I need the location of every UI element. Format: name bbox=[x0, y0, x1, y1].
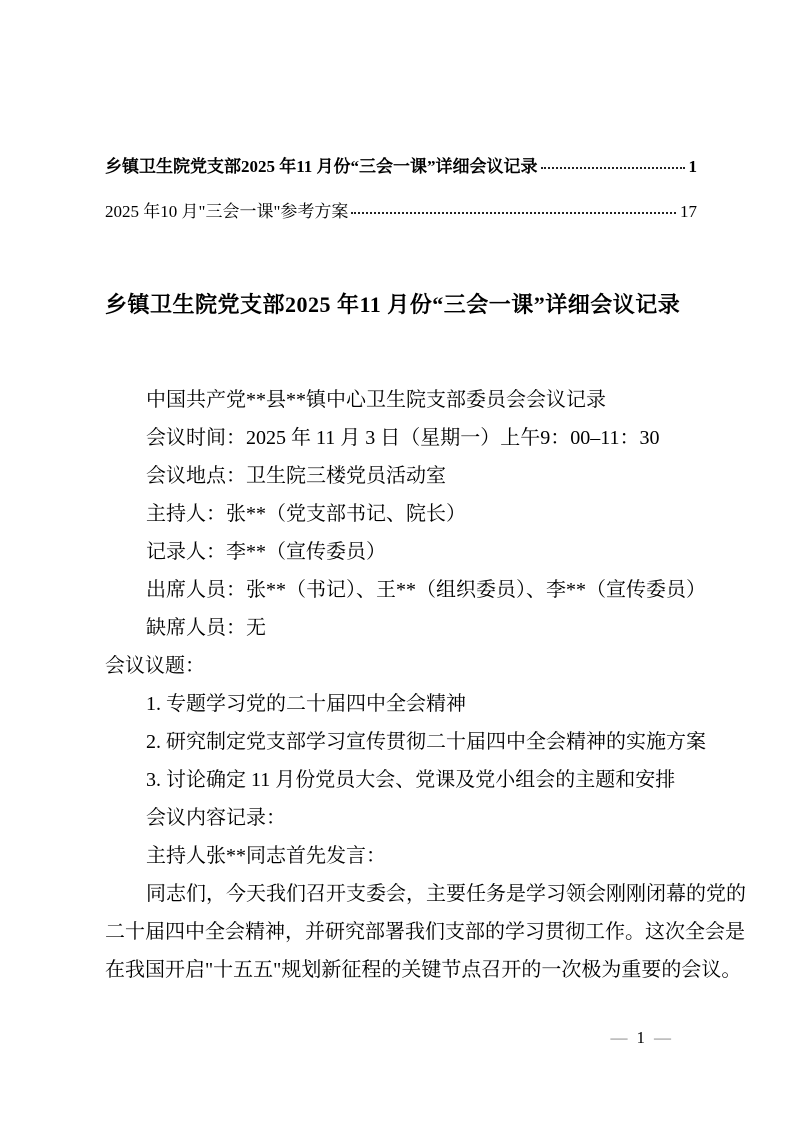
toc-dot-leader bbox=[351, 212, 676, 214]
agenda-item-1: 1. 专题学习党的二十届四中全会精神 bbox=[105, 685, 697, 723]
speaker-intro-line: 主持人张**同志首先发言： bbox=[105, 837, 697, 875]
footer-page-number: 1 bbox=[637, 1028, 646, 1048]
page-number-footer: — 1 — bbox=[611, 1028, 672, 1048]
document-title: 乡镇卫生院党支部2025 年11 月份“三会一课”详细会议记录 bbox=[105, 288, 695, 319]
agenda-label: 会议议题： bbox=[105, 647, 697, 685]
footer-right-dash: — bbox=[654, 1028, 671, 1048]
document-page: 乡镇卫生院党支部2025 年11 月份“三会一课”详细会议记录 1 2025 年… bbox=[0, 0, 793, 1122]
paragraph-line-2: 二十届四中全会精神，并研究部署我们支部的学习贯彻工作。这次全会是 bbox=[105, 913, 697, 951]
table-of-contents: 乡镇卫生院党支部2025 年11 月份“三会一课”详细会议记录 1 2025 年… bbox=[105, 152, 697, 242]
meeting-attendees-line: 出席人员：张**（书记）、王**（组织委员）、李**（宣传委员） bbox=[105, 571, 697, 609]
content-label: 会议内容记录： bbox=[105, 799, 697, 837]
meeting-host-line: 主持人：张**（党支部书记、院长） bbox=[105, 495, 697, 533]
paragraph-line-1: 同志们，今天我们召开支委会，主要任务是学习领会刚刚闭幕的党的 bbox=[105, 875, 697, 913]
toc-entry-1-title: 乡镇卫生院党支部2025 年11 月份“三会一课”详细会议记录 bbox=[105, 152, 538, 177]
toc-entry-2[interactable]: 2025 年10 月"三会一课"参考方案 17 bbox=[105, 197, 697, 221]
paragraph-line-3: 在我国开启"十五五"规划新征程的关键节点召开的一次极为重要的会议。 bbox=[105, 951, 697, 989]
toc-dot-leader bbox=[541, 167, 685, 169]
meeting-recorder-line: 记录人：李**（宣传委员） bbox=[105, 533, 697, 571]
agenda-item-3: 3. 讨论确定 11 月份党员大会、党课及党小组会的主题和安排 bbox=[105, 761, 697, 799]
footer-left-dash: — bbox=[611, 1028, 628, 1048]
org-line: 中国共产党**县**镇中心卫生院支部委员会会议记录 bbox=[105, 381, 697, 419]
toc-entry-1[interactable]: 乡镇卫生院党支部2025 年11 月份“三会一课”详细会议记录 1 bbox=[105, 152, 697, 176]
meeting-time-line: 会议时间：2025 年 11 月 3 日（星期一）上午9：00–11：30 bbox=[105, 419, 697, 457]
meeting-absent-line: 缺席人员：无 bbox=[105, 609, 697, 647]
toc-entry-1-page: 1 bbox=[689, 157, 698, 177]
toc-entry-2-page: 17 bbox=[680, 202, 697, 222]
toc-entry-2-title: 2025 年10 月"三会一课"参考方案 bbox=[105, 197, 348, 222]
document-body: 中国共产党**县**镇中心卫生院支部委员会会议记录 会议时间：2025 年 11… bbox=[105, 381, 697, 989]
meeting-location-line: 会议地点：卫生院三楼党员活动室 bbox=[105, 457, 697, 495]
agenda-item-2: 2. 研究制定党支部学习宣传贯彻二十届四中全会精神的实施方案 bbox=[105, 723, 697, 761]
